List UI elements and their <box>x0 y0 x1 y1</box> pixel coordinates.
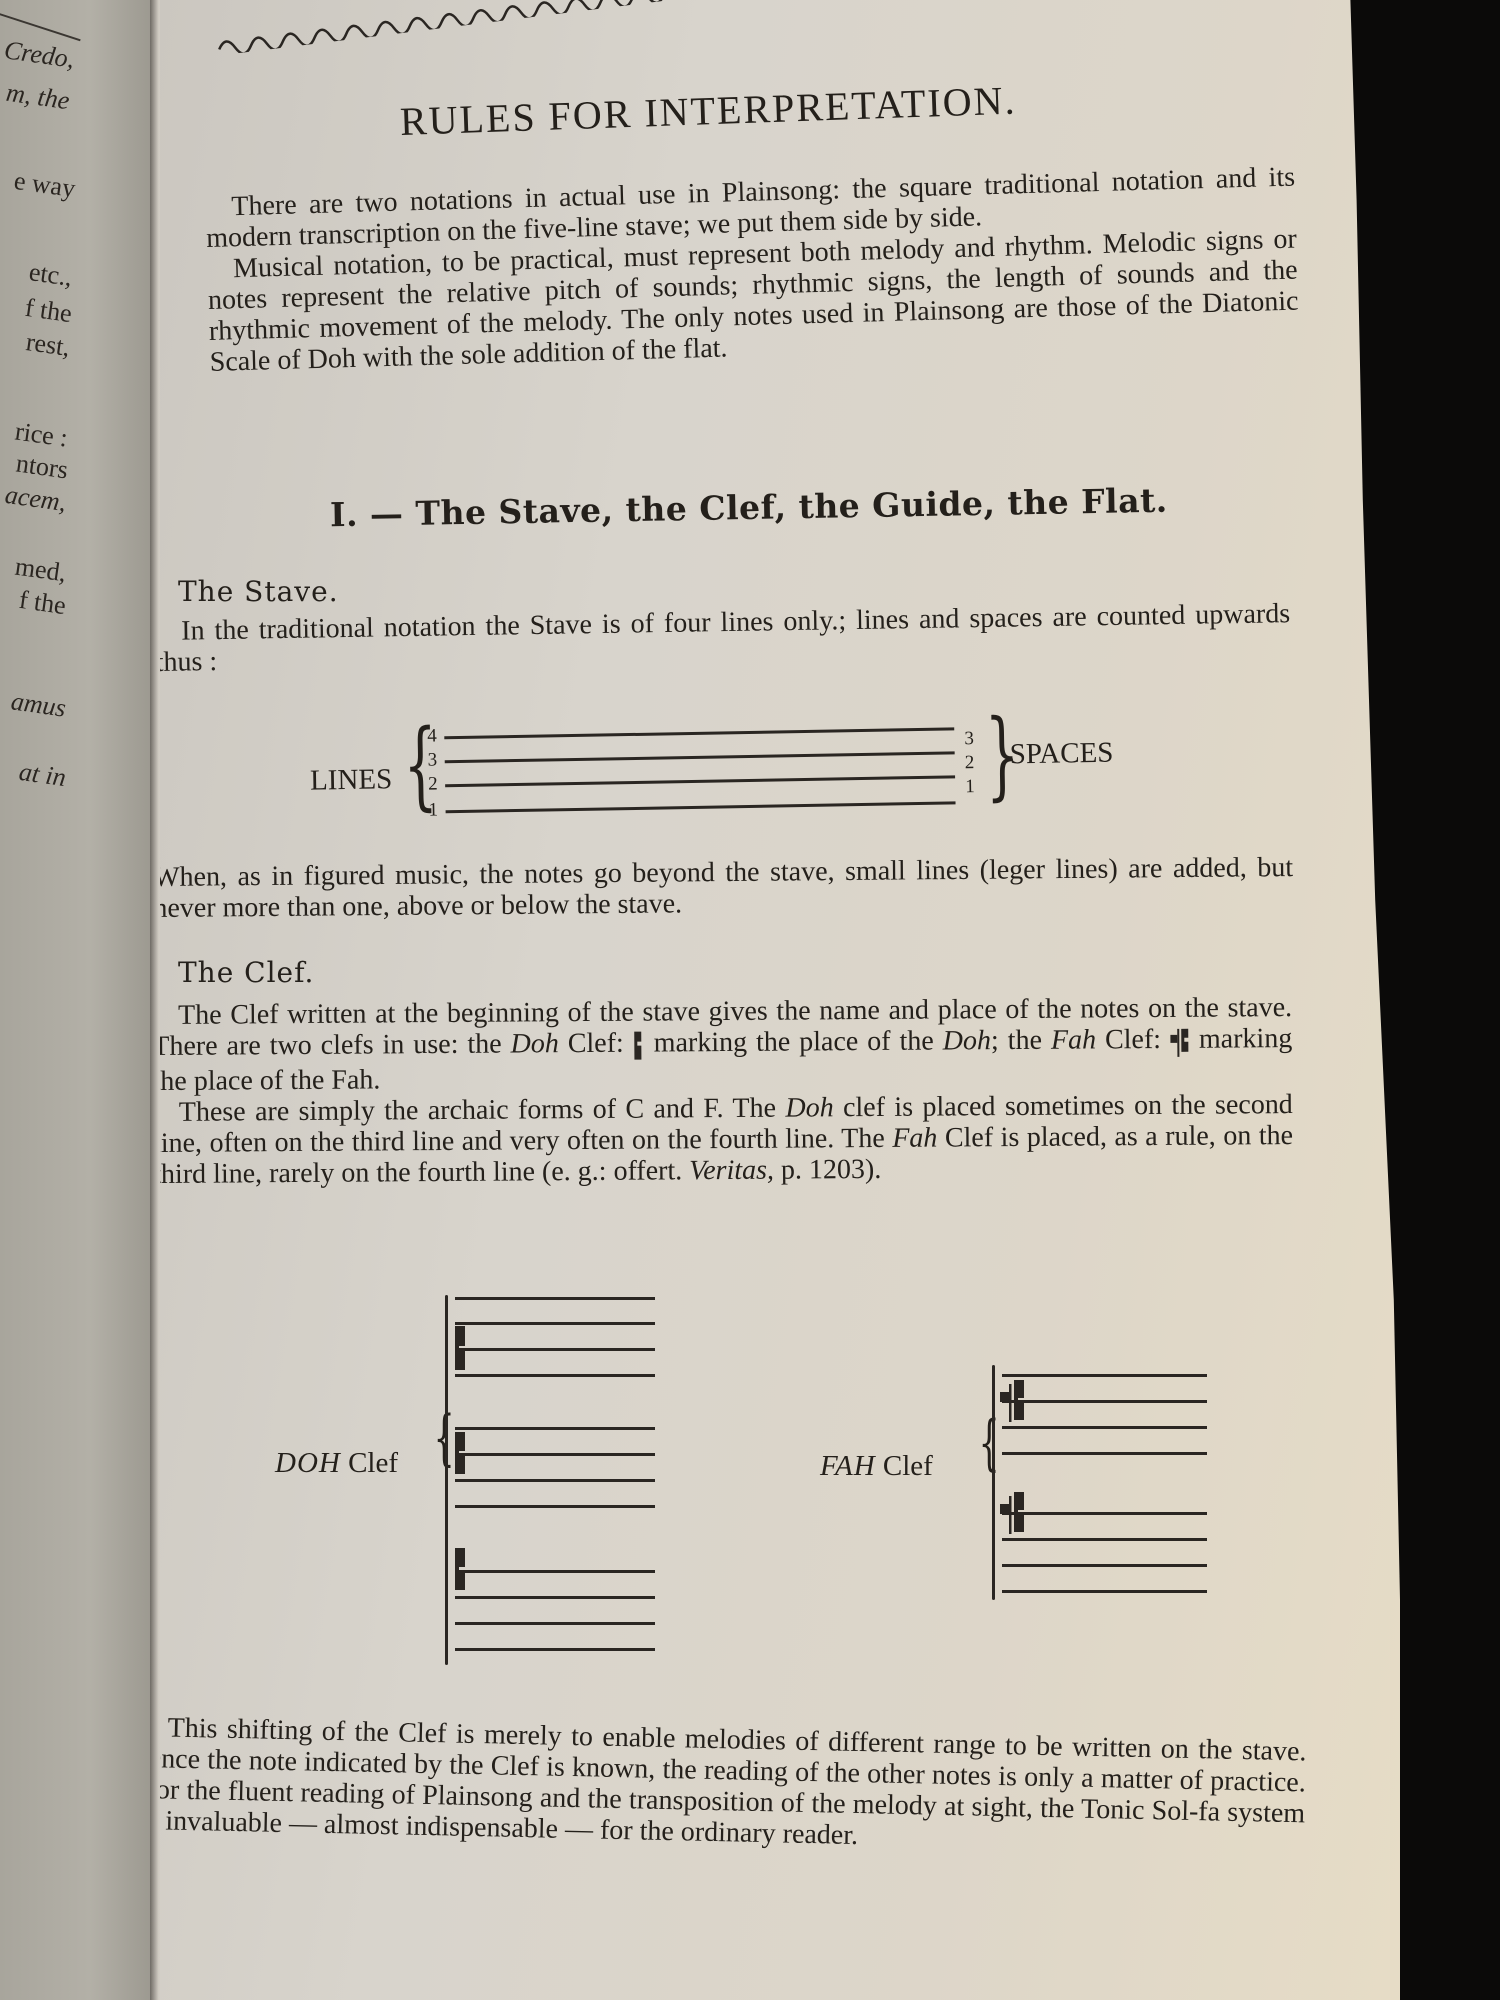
left-page-fragment: m, the <box>5 78 72 117</box>
left-page-fragment: rest, <box>24 327 72 363</box>
line-number: 2 <box>428 774 438 793</box>
left-page-fragment: Credo, <box>3 35 77 75</box>
left-page-fragment: etc., <box>27 257 74 293</box>
fah-clef-icon <box>1000 1490 1026 1536</box>
space-number: 1 <box>965 777 975 796</box>
doh-clef-diagram: DOH Clef { <box>275 1285 835 1670</box>
intro-paragraphs: There are two notations in actual use in… <box>205 162 1300 378</box>
clef-paragraph-2: These are simply the archaic forms of C … <box>153 1089 1294 1190</box>
left-page-fragment: amus <box>9 686 68 723</box>
book-page: RULES FOR INTERPRETATION. There are two … <box>160 0 1400 2000</box>
leger-lines-text: When, as in figured music, the notes go … <box>153 852 1293 924</box>
space-number: 3 <box>964 729 974 748</box>
doh-clef-label: DOH Clef <box>275 1447 398 1480</box>
fah-clef-diagram: FAH Clef { <box>820 1350 1380 1610</box>
left-page-fragment: ntors <box>14 449 70 486</box>
spaces-label: SPACES <box>1009 737 1113 772</box>
fah-system-bar <box>992 1365 995 1600</box>
clef-paragraph-1: The Clef written at the beginning of the… <box>152 992 1293 1097</box>
left-page-fragment: f the <box>23 293 74 329</box>
doh-system-bar <box>445 1295 448 1665</box>
left-page-fragment: e way <box>12 166 77 204</box>
stave-line-4 <box>444 727 954 739</box>
leger-lines-paragraph: When, as in figured music, the notes go … <box>153 852 1293 924</box>
fah-brace: { <box>979 1395 1000 1491</box>
fah-clef-label: FAH Clef <box>820 1450 933 1483</box>
left-page-fragment: rice : <box>13 416 69 453</box>
left-page-fragment: at in <box>17 757 68 793</box>
stave-description: In the traditional notation the Stave is… <box>155 598 1291 678</box>
stave-line-3 <box>445 751 955 763</box>
stave-line-1 <box>446 801 956 813</box>
doh-clef-icon <box>453 1431 467 1475</box>
left-page-fragment: acem, <box>3 480 68 518</box>
decorative-ornament-border <box>211 0 732 56</box>
clef-heading: The Clef. <box>178 956 314 989</box>
stave-text: In the traditional notation the Stave is… <box>155 598 1291 678</box>
left-page-fragment: f the <box>17 585 68 621</box>
line-number: 1 <box>428 800 438 819</box>
left-facing-page: Credo, m, the e way etc., f the rest, ri… <box>0 0 150 2000</box>
section-heading: I. — The Stave, the Clef, the Guide, the… <box>330 481 1168 535</box>
line-number: 4 <box>427 726 437 745</box>
doh-clef-icon <box>633 1029 645 1061</box>
doh-clef-icon <box>453 1325 467 1371</box>
stave-line-2 <box>445 775 955 787</box>
space-number: 2 <box>965 753 975 772</box>
closing-paragraph: This shifting of the Clef is merely to e… <box>139 1712 1306 1860</box>
page-title: RULES FOR INTERPRETATION. <box>399 76 1017 144</box>
stave-heading: The Stave. <box>178 575 339 608</box>
line-number: 3 <box>428 750 438 769</box>
fah-clef-icon <box>1000 1378 1026 1424</box>
stave-diagram: LINES { 4 3 2 1 3 2 1 } SPACES <box>309 713 1071 836</box>
doh-clef-icon <box>453 1547 467 1591</box>
lines-label: LINES <box>310 763 393 797</box>
fah-clef-icon <box>1170 1024 1190 1058</box>
closing-text: This shifting of the Clef is merely to e… <box>139 1712 1306 1860</box>
left-page-fragment: med, <box>13 552 68 589</box>
clef-paragraphs: The Clef written at the beginning of the… <box>152 992 1293 1190</box>
